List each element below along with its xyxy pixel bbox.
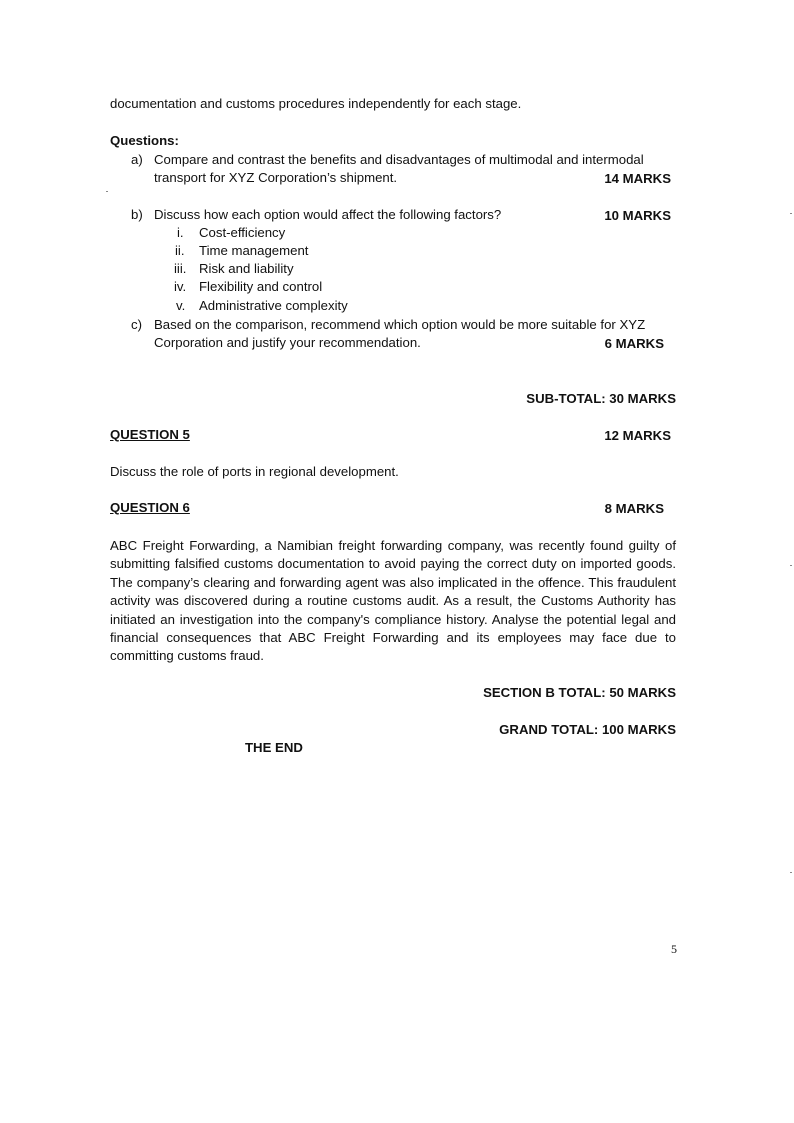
item-label: a) [131,152,143,167]
item-label: b) [131,207,143,222]
subitem-text: Administrative complexity [199,298,348,313]
scan-speck [790,565,792,566]
item-text-line: Compare and contrast the benefits and di… [154,152,644,167]
item-marks: 6 MARKS [605,336,664,351]
subitem-text: Time management [199,243,308,258]
subitem-text: Flexibility and control [199,279,322,294]
scan-speck [106,191,108,192]
item-text-line: Corporation and justify your recommendat… [154,335,421,350]
subitem-text: Cost-efficiency [199,225,285,240]
item-text-line: Based on the comparison, recommend which… [154,317,645,332]
intro-line: documentation and customs procedures ind… [110,96,521,111]
questions-heading: Questions: [110,133,179,148]
question-marks: 8 MARKS [605,501,664,516]
item-text-line: Discuss how each option would affect the… [154,207,501,222]
subtotal: SUB-TOTAL: 30 MARKS [526,391,676,406]
item-label: c) [131,317,142,332]
section-b-total: SECTION B TOTAL: 50 MARKS [483,685,676,700]
subitem-label: v. [176,298,185,313]
scan-speck [790,213,792,214]
question-marks: 12 MARKS [604,428,671,443]
item-text-line: transport for XYZ Corporation’s shipment… [154,170,397,185]
subitem-label: ii. [175,243,185,258]
subitem-text: Risk and liability [199,261,294,276]
the-end: THE END [245,740,303,755]
item-marks: 14 MARKS [604,171,671,186]
scan-speck [790,872,792,873]
question-title: QUESTION 6 [110,500,190,515]
question-text: Discuss the role of ports in regional de… [110,464,399,479]
page-number: 5 [671,942,677,957]
question-text: ABC Freight Forwarding, a Namibian freig… [110,537,676,666]
grand-total: GRAND TOTAL: 100 MARKS [499,722,676,737]
subitem-label: iii. [174,261,186,276]
question-title: QUESTION 5 [110,427,190,442]
item-marks: 10 MARKS [604,208,671,223]
subitem-label: i. [177,225,184,240]
subitem-label: iv. [174,279,186,294]
